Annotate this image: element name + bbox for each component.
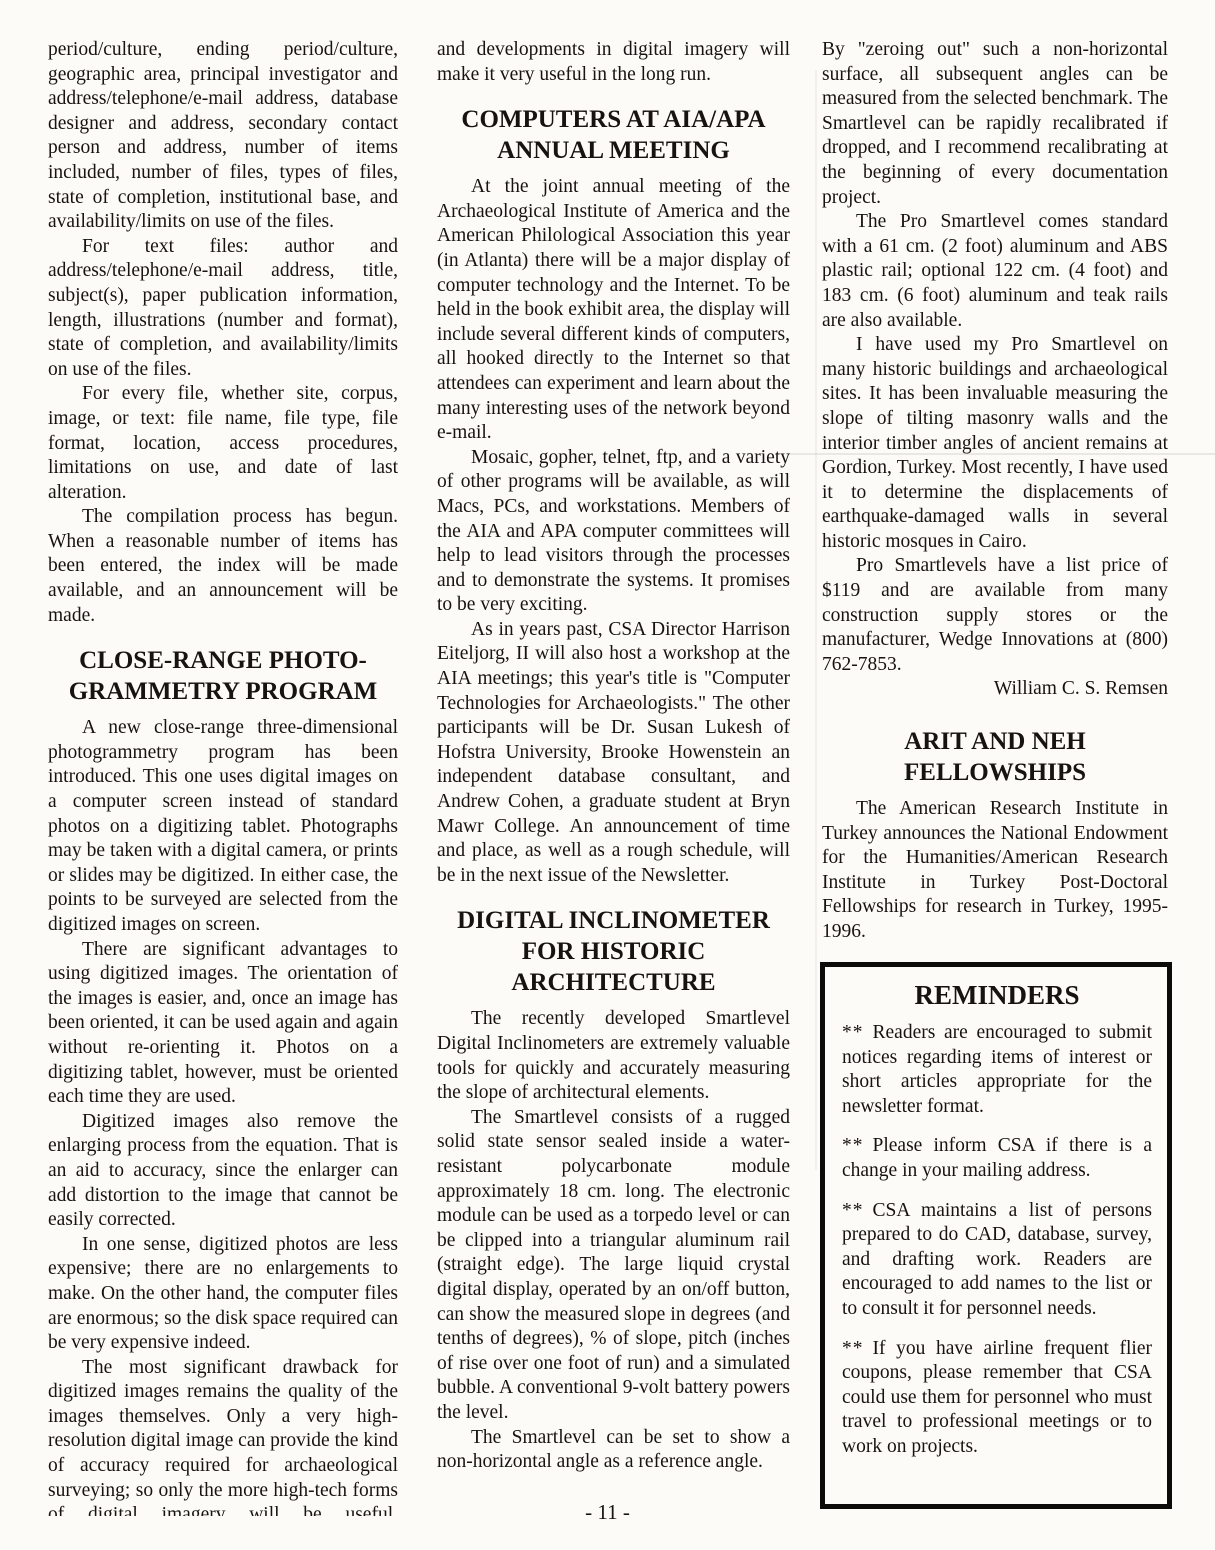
heading-line: FOR HISTORIC — [437, 936, 790, 967]
heading-line: COMPUTERS AT AIA/APA — [437, 104, 790, 135]
paragraph: As in years past, CSA Director Harrison … — [437, 618, 790, 889]
reminder-bullet: ** — [842, 1022, 864, 1043]
paragraph: I have used my Pro Smartlevel on many hi… — [822, 333, 1168, 554]
paragraph: The Pro Smartlevel comes standard with a… — [822, 210, 1168, 333]
paragraph: The Smartlevel consists of a rugged soli… — [437, 1106, 790, 1426]
reminder-item-text: Please inform CSA if there is a change i… — [842, 1135, 1152, 1181]
paragraph: The compilation process has begun. When … — [48, 505, 398, 628]
reminder-item: **Readers are encouraged to submit notic… — [842, 1021, 1152, 1119]
reminder-bullet: ** — [842, 1200, 864, 1221]
paragraph: Mosaic, gopher, telnet, ftp, and a varie… — [437, 446, 790, 618]
scan-artifact — [786, 453, 1215, 455]
reminders-title: REMINDERS — [842, 979, 1152, 1011]
heading-line: ARCHITECTURE — [437, 967, 790, 998]
paragraph: The recently developed Smartlevel Digita… — [437, 1007, 790, 1105]
heading-line: FELLOWSHIPS — [822, 757, 1168, 788]
section-heading-photogrammetry: CLOSE-RANGE PHOTO- GRAMMETRY PROGRAM — [48, 645, 398, 707]
paragraph: The most significant drawback for digiti… — [48, 1356, 398, 1516]
column-left: period/culture, ending period/culture, g… — [48, 38, 398, 1516]
paragraph: Digitized images also remove the enlargi… — [48, 1110, 398, 1233]
section-heading-digital-inclinometer: DIGITAL INCLINOMETER FOR HISTORIC ARCHIT… — [437, 905, 790, 998]
newsletter-page: period/culture, ending period/culture, g… — [0, 0, 1215, 1550]
paragraph: A new close-range three-dimensional phot… — [48, 716, 398, 937]
paragraph: and developments in digital imagery will… — [437, 38, 790, 87]
reminders-box: REMINDERS **Readers are encouraged to su… — [820, 962, 1172, 1509]
paragraph: Pro Smartlevels have a list price of $11… — [822, 554, 1168, 677]
reminder-item-text: If you have airline frequent flier coupo… — [842, 1338, 1152, 1457]
paragraph: period/culture, ending period/culture, g… — [48, 38, 398, 235]
column-right: By "zeroing out" such a non-horizontal s… — [822, 38, 1168, 958]
section-heading-arit-neh-fellowships: ARIT AND NEH FELLOWSHIPS — [822, 726, 1168, 788]
paragraph: By "zeroing out" such a non-horizontal s… — [822, 38, 1168, 210]
reminder-item-text: CSA maintains a list of persons prepared… — [842, 1200, 1152, 1319]
heading-line: GRAMMETRY PROGRAM — [48, 676, 398, 707]
paragraph: For text files: author and address/telep… — [48, 235, 398, 383]
heading-line: ARIT AND NEH — [822, 726, 1168, 757]
reminder-item-text: Readers are encouraged to submit notices… — [842, 1022, 1152, 1117]
paragraph: For every file, whether site, corpus, im… — [48, 382, 398, 505]
section-heading-computers-at-aia-apa: COMPUTERS AT AIA/APA ANNUAL MEETING — [437, 104, 790, 166]
paragraph: The Smartlevel can be set to show a non-… — [437, 1426, 790, 1475]
heading-line: CLOSE-RANGE PHOTO- — [48, 645, 398, 676]
heading-line: DIGITAL INCLINOMETER — [437, 905, 790, 936]
reminder-item: **CSA maintains a list of persons prepar… — [842, 1199, 1152, 1322]
signature: William C. S. Remsen — [822, 677, 1168, 702]
scan-artifact — [815, 70, 817, 1170]
paragraph: The American Research Institute in Turke… — [822, 797, 1168, 945]
reminder-bullet: ** — [842, 1135, 864, 1156]
reminder-item: **If you have airline frequent flier cou… — [842, 1337, 1152, 1460]
paragraph: There are significant advantages to usin… — [48, 938, 398, 1110]
reminder-bullet: ** — [842, 1338, 864, 1359]
column-middle: and developments in digital imagery will… — [437, 38, 790, 1498]
paragraph: At the joint annual meeting of the Archa… — [437, 175, 790, 446]
heading-line: ANNUAL MEETING — [437, 135, 790, 166]
reminder-item: **Please inform CSA if there is a change… — [842, 1134, 1152, 1183]
paragraph: In one sense, digitized photos are less … — [48, 1233, 398, 1356]
page-number: - 11 - — [0, 1500, 1215, 1525]
